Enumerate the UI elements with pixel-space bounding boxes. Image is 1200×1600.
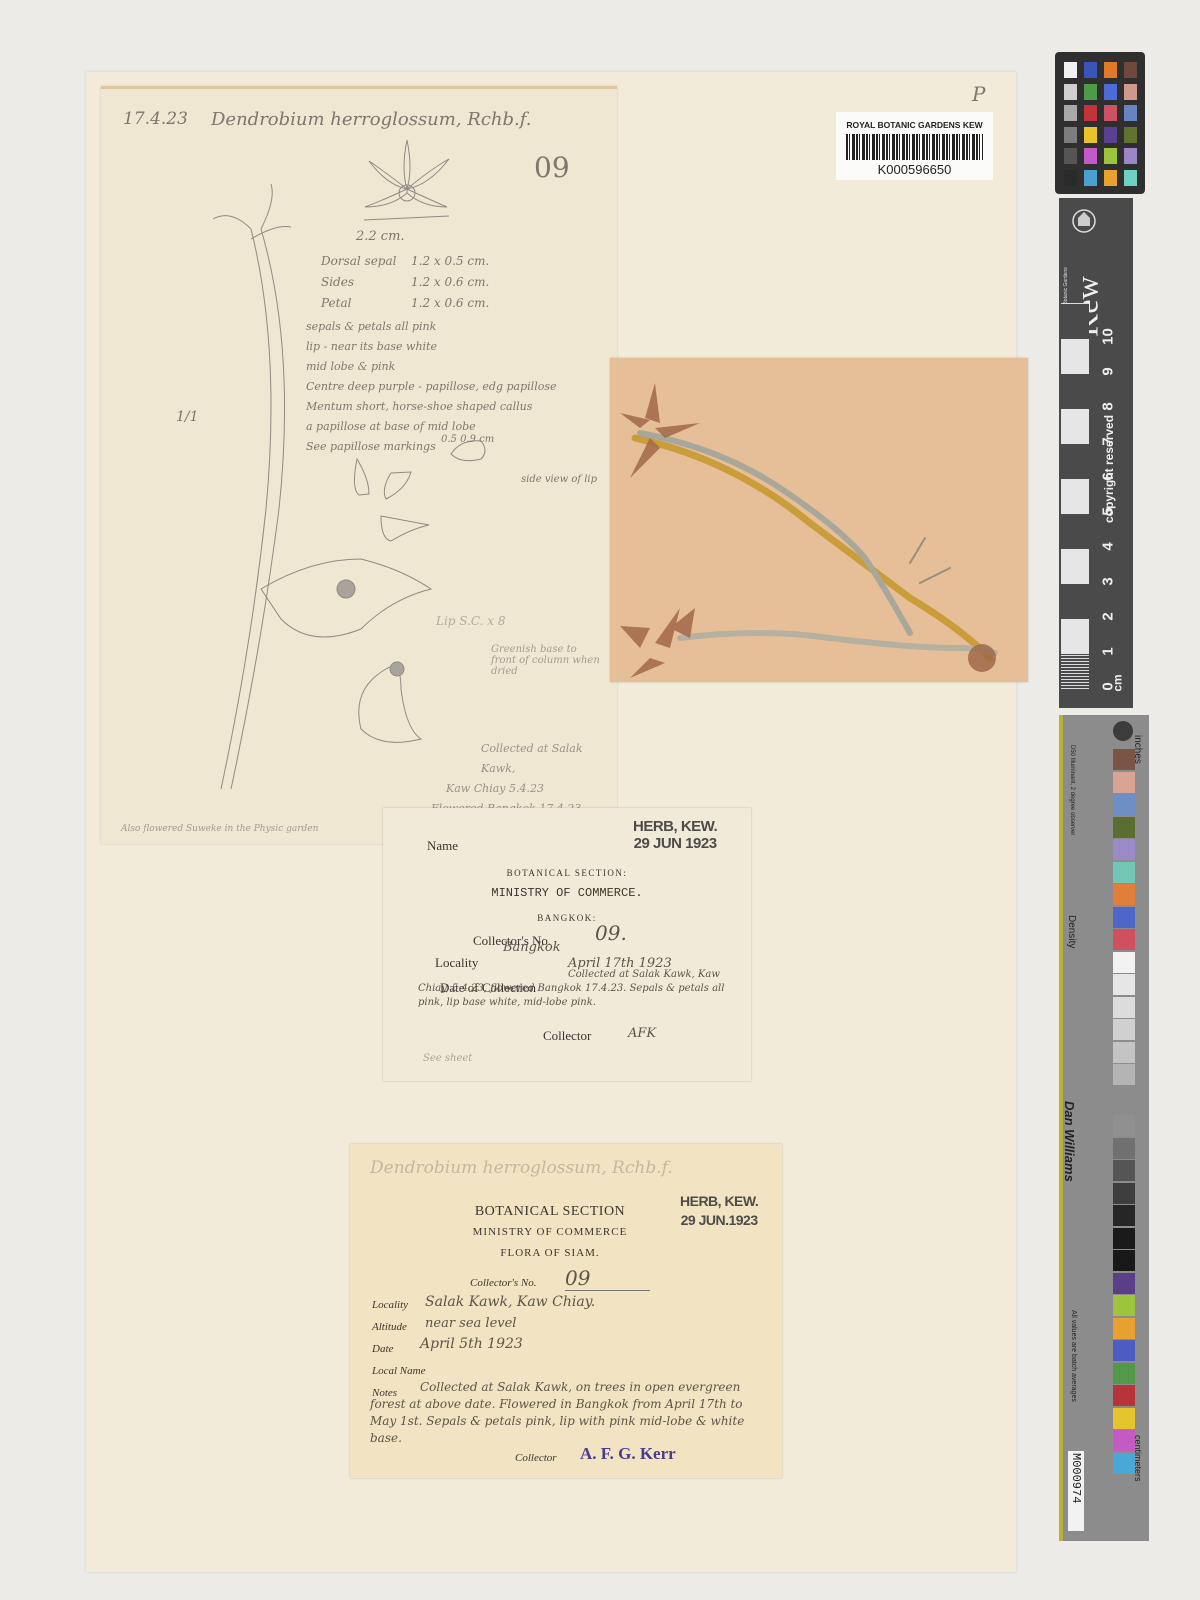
locality-label: Locality [372,1299,408,1311]
scale-number: 6 [1100,462,1117,492]
color-patch [1124,105,1137,121]
see-sheet-note: See sheet [423,1053,472,1064]
altitude-value: near sea level [425,1316,516,1331]
scale-segment [1061,583,1089,619]
scale-segment [1061,303,1089,339]
scale-segment [1061,478,1089,514]
scale-number: 7 [1100,427,1117,457]
flora-heading: FLORA OF SIAM. [350,1247,750,1259]
batch-averages-label: All values are batch averages [1070,1310,1077,1402]
target-patch [1113,974,1135,995]
target-patch [1113,1205,1135,1226]
collector-initials: AFK [628,1026,656,1041]
color-patch [1064,105,1077,121]
target-patch [1113,1019,1135,1040]
unit-label: cm [1111,674,1125,691]
orchid-sketch-icon [101,89,617,844]
color-patch [1084,170,1097,186]
ministry-heading: MINISTRY OF COMMERCE. [383,886,751,900]
measurement-row: Petal1.2 x 0.6 cm. [321,293,489,314]
fraction-label: 1/1 [176,409,199,425]
herb-kew-stamp: HERB, KEW. 29 JUN.1923 [680,1192,758,1230]
target-patch [1113,749,1135,770]
color-checker-card [1055,52,1145,194]
target-patch [1113,862,1135,883]
target-patch [1113,1115,1135,1136]
scale-number: 8 [1100,392,1117,422]
scale-segment [1061,338,1089,374]
color-patch [1084,127,1097,143]
measurement-row: Dorsal sepal1.2 x 0.5 cm. [321,251,489,272]
target-patch [1113,929,1135,950]
scale-segment [1061,548,1089,584]
barcode-icon [846,134,983,160]
color-patch [1064,170,1077,186]
section-heading: BOTANICAL SECTION: [383,868,751,878]
target-patch [1113,817,1135,838]
scale-label: 2.2 cm. [356,229,405,244]
institution-name: ROYAL BOTANIC GARDENS KEW [836,120,993,130]
color-patch [1064,84,1077,100]
target-patch [1113,1295,1135,1316]
collector-no-value: 09. [595,921,627,945]
density-label: Density [1066,915,1077,948]
barcode-label: ROYAL BOTANIC GARDENS KEW K000596650 [836,112,993,180]
lip-label: Lip S.C. x 8 [436,614,506,628]
target-patch [1113,1453,1135,1474]
color-patch [1104,127,1117,143]
collector-no-value: 09 [565,1266,650,1291]
target-patch [1113,839,1135,860]
color-patch [1124,127,1137,143]
target-patch [1113,1340,1135,1361]
target-patch [1113,907,1135,928]
date-label: Date [372,1343,393,1355]
pencil-title: Dendrobium herroglossum, Rchb.f. [370,1158,673,1178]
kew-scale-bar: Kew Royal Botanic Gardens copyright rese… [1059,198,1133,708]
collector-label: Collector [543,1028,591,1044]
measurement-row: Sides1.2 x 0.6 cm. [321,272,489,293]
specimen-label-bangkok: Name HERB, KEW. 29 JUN 1923 BOTANICAL SE… [383,808,751,1081]
target-patch [1113,1138,1135,1159]
color-patch [1104,170,1117,186]
illuminant-label: D50 Illuminant, 2 degree observer [1069,745,1075,835]
color-patch [1084,105,1097,121]
target-patch [1113,794,1135,815]
target-patch [1113,997,1135,1018]
color-patch [1064,148,1077,164]
scale-segment [1061,653,1089,689]
color-patch [1124,84,1137,100]
target-patch [1113,1430,1135,1451]
scale-segment [1061,443,1089,479]
specimen-label-flora-of-siam: Dendrobium herroglossum, Rchb.f. BOTANIC… [350,1144,782,1478]
measurements-list: Dorsal sepal1.2 x 0.5 cm. Sides1.2 x 0.6… [321,251,489,314]
target-patch [1113,1160,1135,1181]
target-patch [1113,884,1135,905]
target-patch [1113,1064,1135,1085]
right-notes: Greenish base to front of column when dr… [491,644,601,677]
target-patch [1113,1318,1135,1339]
barcode-number: K000596650 [836,162,993,177]
color-patch [1084,84,1097,100]
scale-number: 4 [1100,532,1117,562]
color-patch [1124,148,1137,164]
color-patch [1084,148,1097,164]
color-patch [1104,105,1117,121]
collected-note: Collected at Salak Kawk, Kaw Chiay 5.4.2… [431,739,617,819]
city-heading: BANGKOK: [383,913,751,923]
color-patch [1124,170,1137,186]
color-patch [1064,62,1077,78]
target-id-label: M000974 [1068,1451,1084,1531]
scale-number: 10 [1100,322,1117,352]
target-patch [1113,952,1135,973]
target-patch [1113,772,1135,793]
target-patch [1113,1363,1135,1384]
scale-segment [1061,408,1089,444]
date-value: April 5th 1923 [420,1336,523,1352]
scale-number: 2 [1100,602,1117,632]
local-name-label: Local Name [372,1365,425,1377]
locality-value: Bangkok [503,940,561,955]
target-patch [1113,1042,1135,1063]
scale-number: 3 [1100,567,1117,597]
scale-number: 9 [1100,357,1117,387]
herb-kew-stamp: HERB, KEW. 29 JUN 1923 [633,818,717,852]
kew-crest-icon [1069,206,1099,236]
target-brand: Dan Williams [1062,1101,1077,1182]
collector-no-label: Collector's No. [470,1277,537,1289]
side-view-label: side view of lip [521,474,601,485]
target-patch [1113,1273,1135,1294]
target-hole [1113,721,1133,741]
collector-stamp: A. F. G. Kerr [580,1444,676,1464]
bottom-note: Also flowered Suweke in the Physic garde… [121,824,318,834]
scale-number: 1 [1100,637,1117,667]
color-target-ruler: inches D50 Illuminant, 2 degree observer… [1059,715,1149,1541]
target-patch [1113,1228,1135,1249]
scale-number: 5 [1100,497,1117,527]
target-patch [1113,1183,1135,1204]
scale-segment [1061,373,1089,409]
color-patch [1104,148,1117,164]
altitude-label: Altitude [372,1321,407,1333]
dried-orchid-specimen-icon [610,358,1028,682]
notes-value: Collected at Salak Kawk, on trees in ope… [370,1379,765,1447]
color-patch [1064,127,1077,143]
scale-segment [1061,513,1089,549]
color-patch [1124,62,1137,78]
target-patch [1113,1385,1135,1406]
scale-segment [1061,618,1089,654]
target-patch [1113,1250,1135,1271]
color-patch [1104,62,1117,78]
label1-notes: Collected at Salak Kawk, Kaw Chiay, 5.4.… [418,968,748,1010]
pressed-specimen [610,358,1028,682]
detail-label: 0.5 0.9 cm [441,434,494,445]
color-patch [1104,84,1117,100]
collector-label: Collector [515,1452,557,1464]
color-patch [1084,62,1097,78]
locality-value: Salak Kawk, Kaw Chiay. [425,1294,595,1310]
name-field-label: Name [427,838,458,854]
botanical-drawing: 17.4.23 Dendrobium herroglossum, Rchb.f.… [101,86,617,844]
target-patch [1113,1408,1135,1429]
sheet-corner-mark: P [972,82,985,106]
